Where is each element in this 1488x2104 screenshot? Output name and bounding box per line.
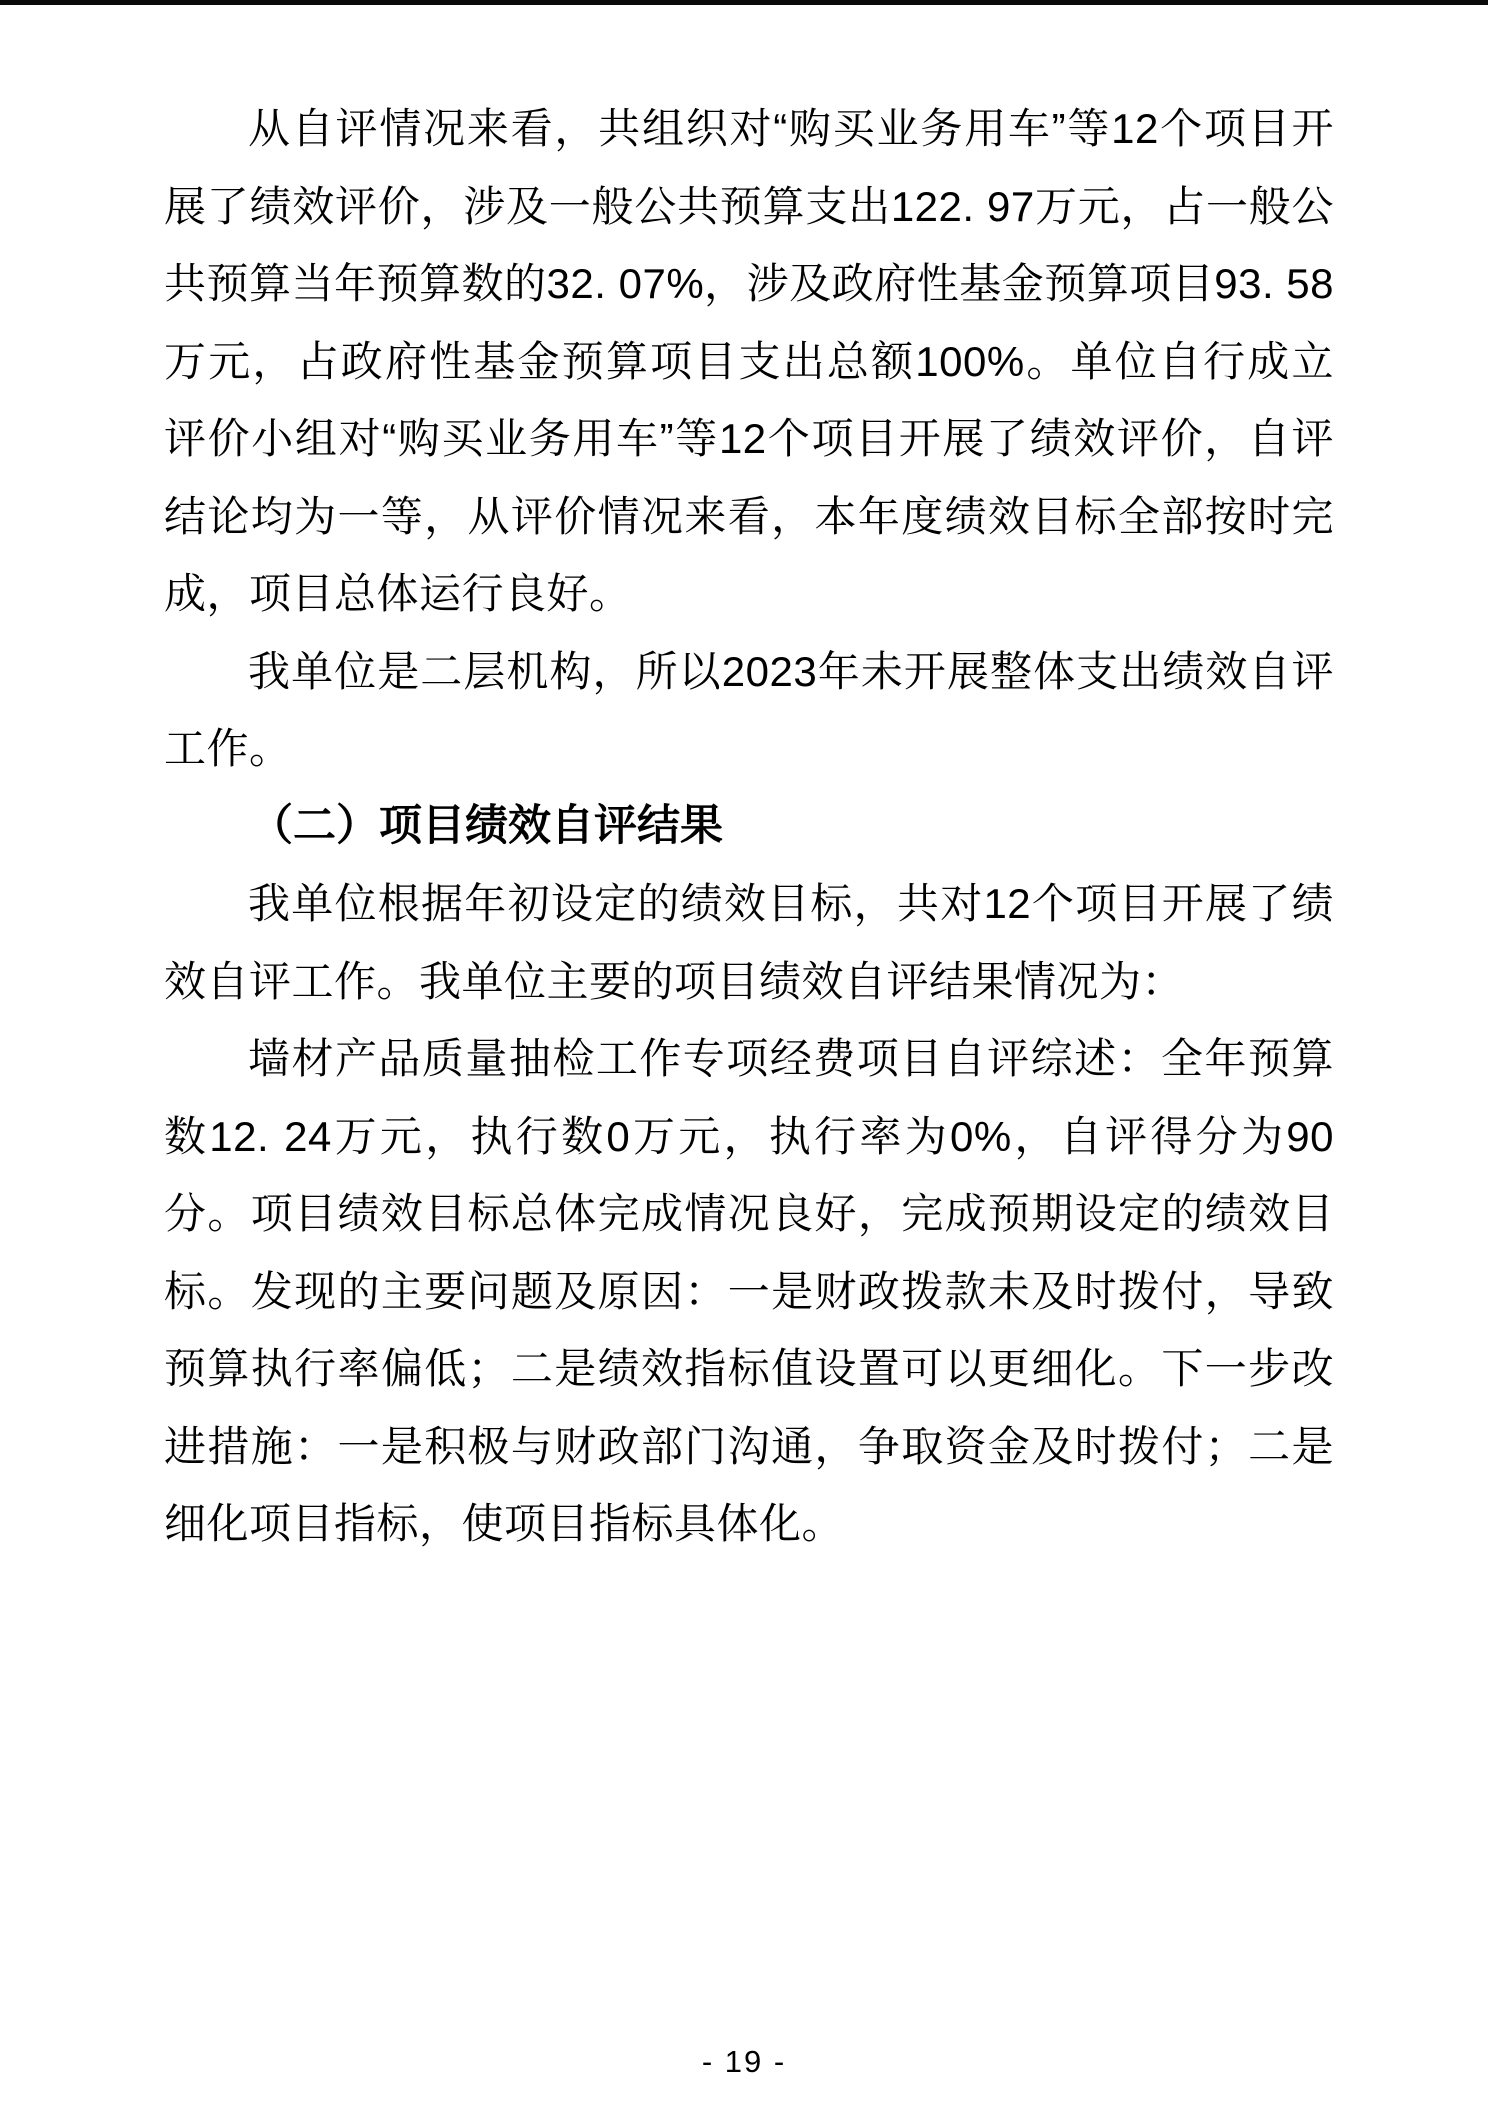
paragraph-secondary-institution-note: 我单位是二层机构，所以2023年未开展整体支出绩效自评工作。: [164, 633, 1334, 788]
page-content: 从自评情况来看，共组织对“购买业务用车”等12个项目开展了绩效评价，涉及一般公共…: [164, 90, 1334, 1563]
document-page: 从自评情况来看，共组织对“购买业务用车”等12个项目开展了绩效评价，涉及一般公共…: [0, 0, 1488, 2104]
page-footer: - 19 -: [0, 2044, 1488, 2080]
paragraph-project-self-evaluation-intro: 我单位根据年初设定的绩效目标，共对12个项目开展了绩效自评工作。我单位主要的项目…: [164, 865, 1334, 1020]
paragraph-wall-material-project-summary: 墙材产品质量抽检工作专项经费项目自评综述：全年预算数12. 24万元，执行数0万…: [164, 1020, 1334, 1563]
paragraph-self-evaluation-overview: 从自评情况来看，共组织对“购买业务用车”等12个项目开展了绩效评价，涉及一般公共…: [164, 90, 1334, 633]
scan-top-border: [0, 0, 1488, 5]
page-number: - 19 -: [702, 2044, 786, 2079]
section-heading-project-self-evaluation-results: （二）项目绩效自评结果: [164, 788, 1334, 866]
